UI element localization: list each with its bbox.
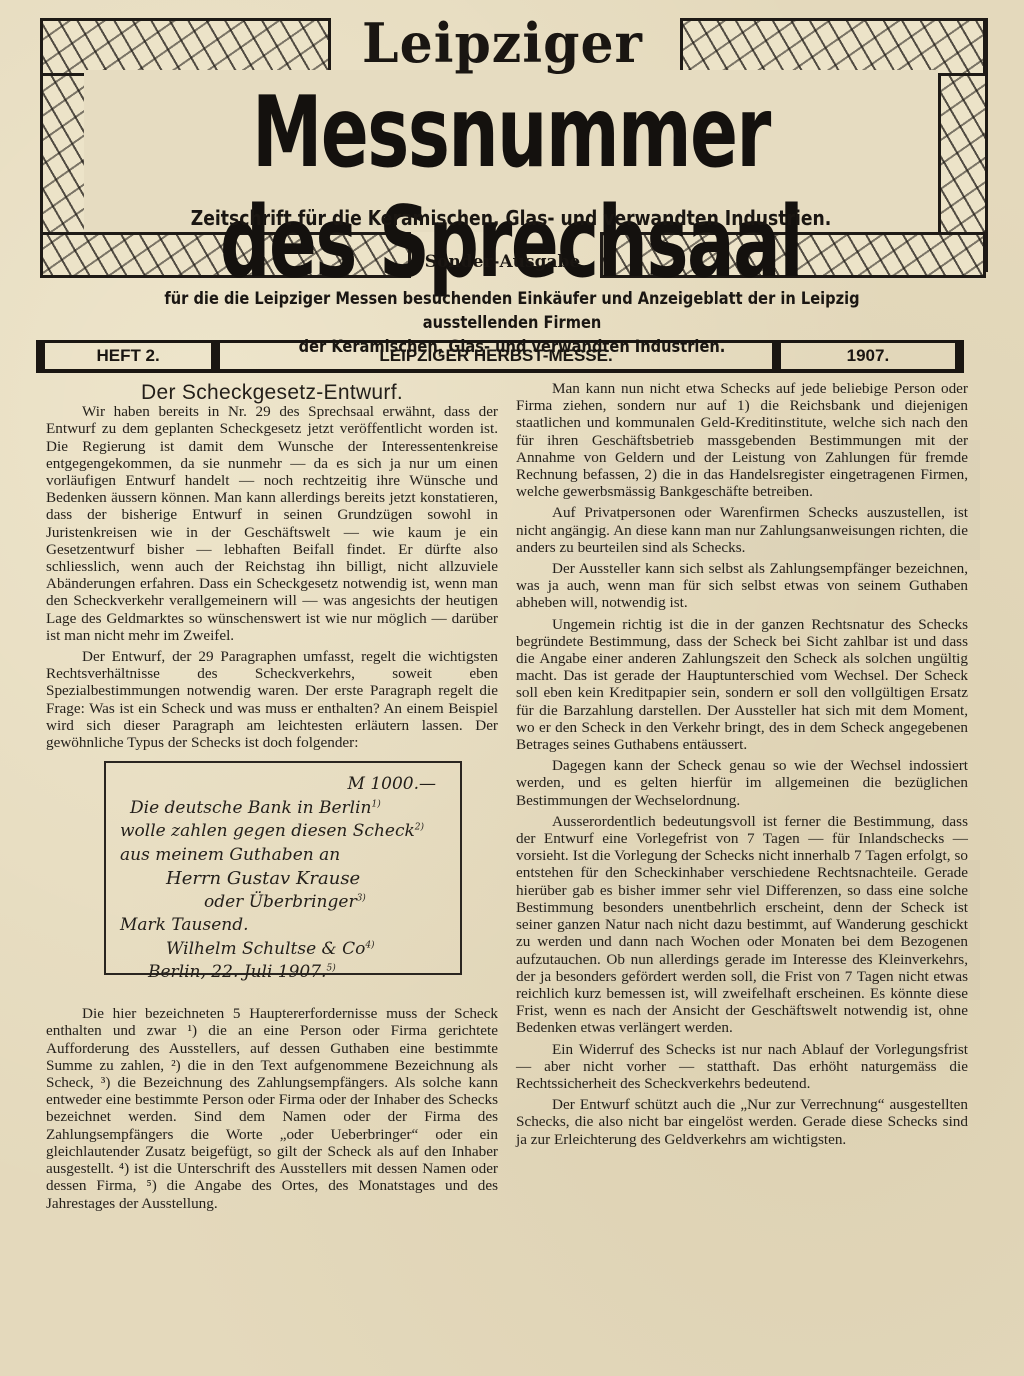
bar-divider xyxy=(211,343,220,369)
footnote-marker: 2) xyxy=(415,823,424,833)
check-amount: M 1000.— xyxy=(120,773,446,797)
footnote-marker: 5) xyxy=(326,964,335,974)
paragraph: Der Entwurf schützt auch die „Nur zur Ve… xyxy=(516,1096,968,1148)
bar-divider xyxy=(36,343,45,369)
tagline-line-1: für die die Leipziger Messen besuchenden… xyxy=(106,287,918,335)
issue-event: LEIPZIGER HERBST-MESSE. xyxy=(220,346,772,366)
check-payee: Herrn Gustav Krause xyxy=(120,867,446,891)
masthead: Leipziger Messnummer des Sprechsaal Zeit… xyxy=(0,0,1024,380)
footnote-marker: 4) xyxy=(365,940,374,950)
paragraph: Dagegen kann der Scheck genau so wie der… xyxy=(516,757,968,809)
bar-divider xyxy=(955,343,964,369)
article-column-right: Man kann nun nicht etwa Schecks auf jede… xyxy=(516,380,968,1152)
check-text: Wilhelm Schultse & Co xyxy=(166,939,365,959)
issue-bar: HEFT 2. LEIPZIGER HERBST-MESSE. 1907. xyxy=(36,340,964,373)
check-text: wolle zahlen gegen diesen Scheck xyxy=(120,821,415,841)
bar-divider xyxy=(772,343,781,369)
paragraph: Man kann nun nicht etwa Schecks auf jede… xyxy=(516,380,968,500)
issue-number: HEFT 2. xyxy=(45,346,211,366)
check-line: oder Überbringer3) xyxy=(120,891,446,915)
paragraph: Auf Privatpersonen oder Warenfirmen Sche… xyxy=(516,504,968,556)
check-line: wolle zahlen gegen diesen Scheck2) xyxy=(120,820,446,844)
check-text: oder Überbringer xyxy=(204,892,357,912)
check-text: Berlin, 22. Juli 1907. xyxy=(148,962,326,982)
masthead-title-top: Leipziger xyxy=(330,13,675,76)
laurel-ornament-top-left-icon xyxy=(40,18,331,76)
check-example-box: M 1000.— Die deutsche Bank in Berlin1) w… xyxy=(104,761,462,975)
check-line: Mark Tausend. xyxy=(120,914,446,938)
paragraph: Die hier bezeichneten 5 Hauptererfordern… xyxy=(46,1005,498,1211)
laurel-ornament-top-right-icon xyxy=(680,18,986,76)
paragraph: Der Entwurf, der 29 Paragraphen umfasst,… xyxy=(46,648,498,751)
check-line: aus meinem Guthaben an xyxy=(120,844,446,868)
check-date: Berlin, 22. Juli 1907.5) xyxy=(120,961,446,985)
check-line: Die deutsche Bank in Berlin1) xyxy=(120,797,446,821)
masthead-subtitle: Zeitschrift für die Keramischen, Glas- u… xyxy=(144,206,878,230)
article-title: Der Scheckgesetz-Entwurf. xyxy=(46,384,498,401)
article-column-left: Der Scheckgesetz-Entwurf. Wir haben bere… xyxy=(46,380,498,1216)
check-text: Die deutsche Bank in Berlin xyxy=(130,798,372,818)
paragraph: Der Aussteller kann sich selbst als Zahl… xyxy=(516,560,968,612)
issue-year: 1907. xyxy=(781,346,955,366)
footnote-marker: 3) xyxy=(357,893,366,903)
edition-label: Sonder-Ausgabe xyxy=(405,252,600,272)
check-signature: Wilhelm Schultse & Co4) xyxy=(120,938,446,962)
paragraph: Ungemein richtig ist die in der ganzen R… xyxy=(516,616,968,754)
footnote-marker: 1) xyxy=(372,799,381,809)
paragraph: Wir haben bereits in Nr. 29 des Sprechsa… xyxy=(46,403,498,644)
paragraph: Ein Widerruf des Schecks ist nur nach Ab… xyxy=(516,1041,968,1093)
paragraph: Ausserordentlich bedeutungsvoll ist fern… xyxy=(516,813,968,1037)
